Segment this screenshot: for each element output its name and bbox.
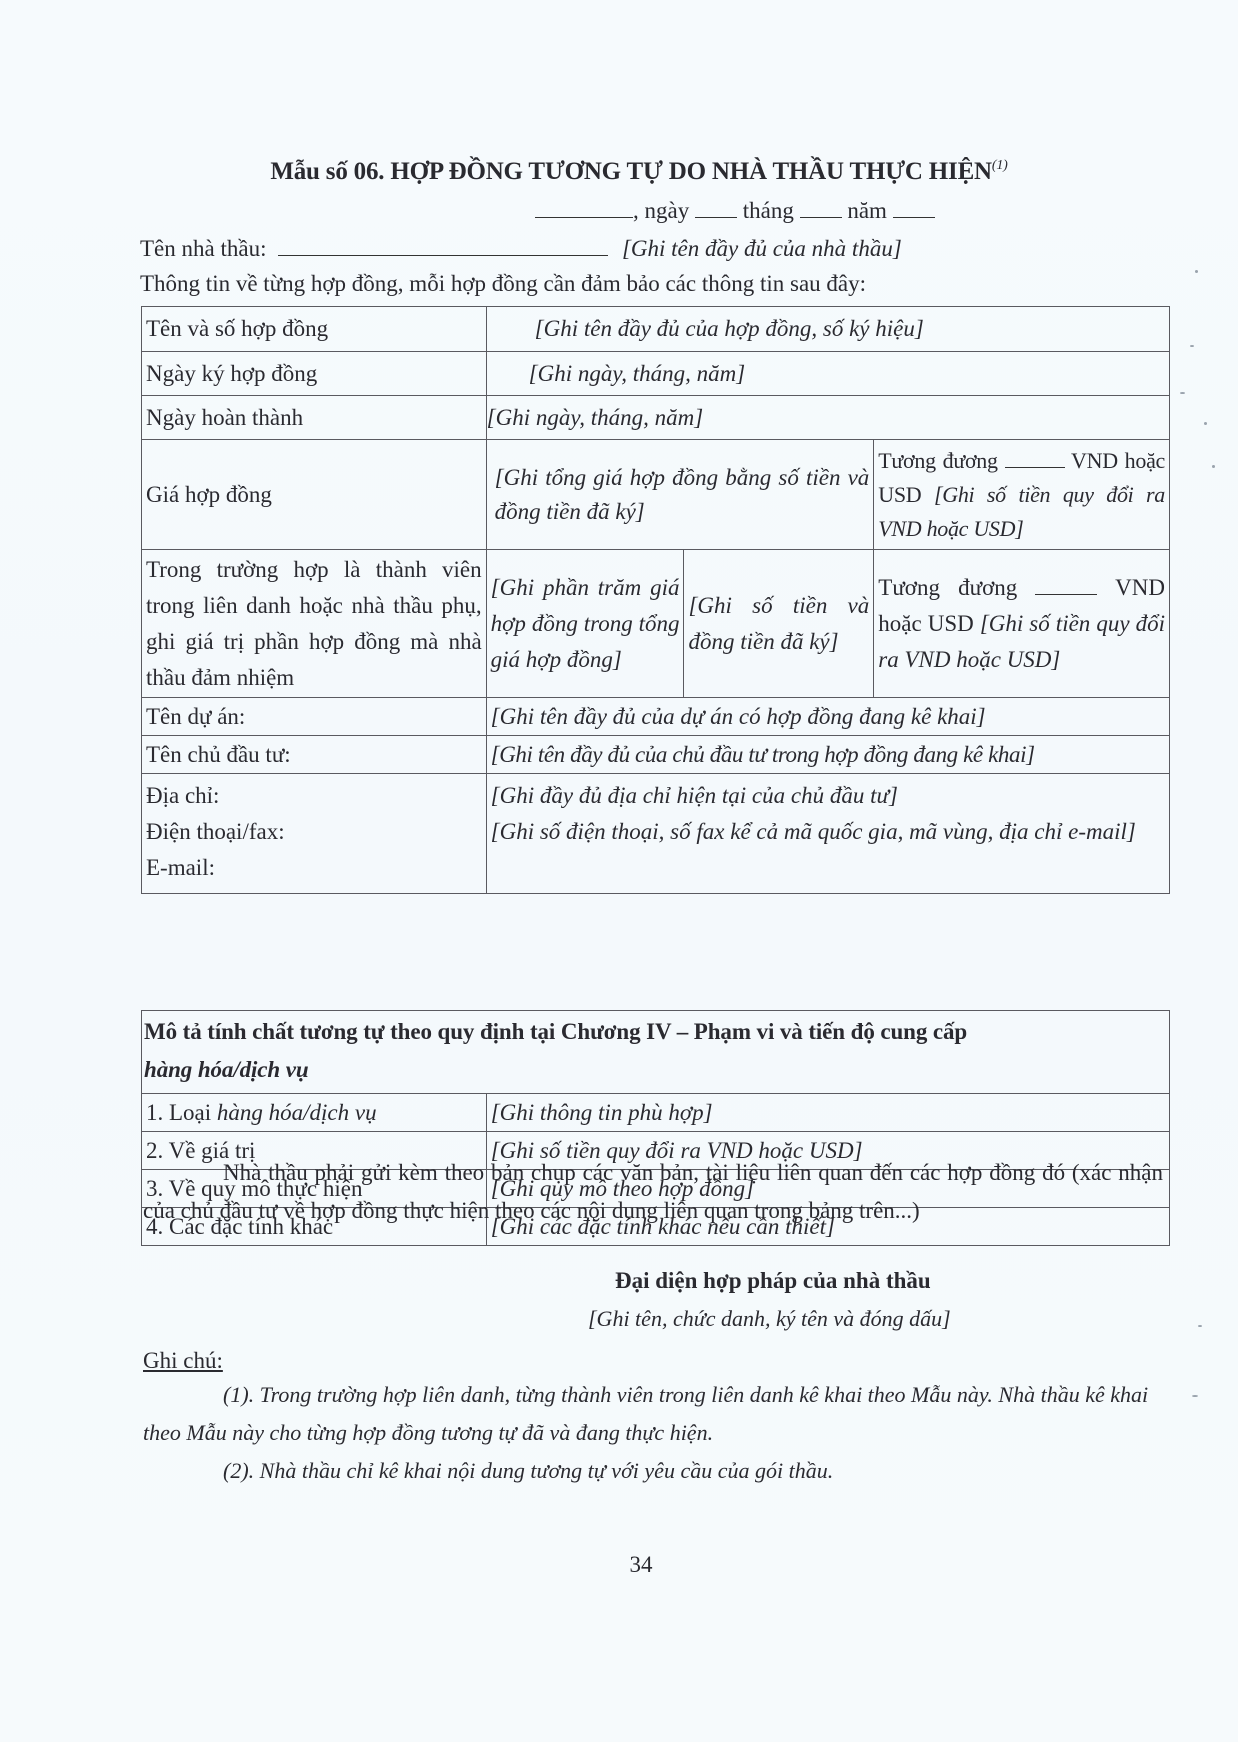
equiv-hint: [Ghi số tiền quy đổi ra VND hoặc USD] (878, 482, 1165, 541)
table-row: Tên và số hợp đồng [Ghi tên đầy đủ của h… (142, 307, 1170, 352)
contract-info-table: Tên và số hợp đồng [Ghi tên đầy đủ của h… (141, 306, 1170, 894)
address-hint-text: [Ghi đầy đủ địa chỉ hiện tại của chủ đầu… (491, 783, 898, 808)
row-value: [Ghi tên đầy đủ của dự án có hợp đồng đa… (486, 698, 1169, 736)
intro-text: Thông tin về từng hợp đồng, mỗi hợp đồng… (140, 271, 866, 297)
contact-labels: Địa chỉ: Điện thoại/fax: E-mail: (142, 774, 487, 894)
row-value-text: [Ghi tên đầy đủ của hợp đồng, số ký hiệu… (535, 316, 924, 341)
scan-speck (1204, 422, 1207, 425)
row-value-text: [Ghi tên đầy đủ của dự án có hợp đồng đa… (491, 704, 986, 729)
month-label: tháng (743, 198, 794, 223)
contract-price-equivalent: Tương đương VND hoặc USD [Ghi số tiền qu… (874, 440, 1170, 550)
row-label: Tên và số hợp đồng (142, 307, 487, 352)
table-row-contract-price: Giá hợp đồng [Ghi tổng giá hợp đồng bằng… (142, 440, 1170, 550)
row-label-italic: hàng hóa/dịch vụ (217, 1100, 377, 1125)
contractor-name-blank (278, 237, 608, 256)
phone-email-hint: [Ghi số điện thoại, số fax kể cả mã quốc… (491, 814, 1165, 850)
share-amount-hint: [Ghi số tiền và đồng tiền đã ký] (688, 593, 869, 654)
address-label: Địa chỉ: (146, 778, 482, 814)
phone-email-hint-text: [Ghi số điện thoại, số fax kể cả mã quốc… (491, 819, 1136, 844)
share-percent-hint: [Ghi phần trăm giá hợp đồng trong tổng g… (491, 575, 680, 672)
note-item-1: (1). Trong trường hợp liên danh, từng th… (143, 1376, 1163, 1452)
email-label: E-mail: (146, 850, 482, 886)
row-value: [Ghi thông tin phù hợp] (486, 1094, 1169, 1132)
share-percent: [Ghi phần trăm giá hợp đồng trong tổng g… (486, 550, 684, 698)
row-label: Tên chủ đầu tư: (142, 736, 487, 774)
contract-price-hint: [Ghi tổng giá hợp đồng bằng số tiền và đ… (495, 465, 870, 524)
scan-speck (1192, 1395, 1198, 1397)
row-value-text: [Ghi ngày, tháng, năm] (487, 405, 704, 430)
phone-fax-label: Điện thoại/fax: (146, 814, 482, 850)
similarity-heading-row: Mô tả tính chất tương tự theo quy định t… (142, 1011, 1170, 1094)
equiv-blank (1035, 576, 1097, 595)
similarity-heading-text: Mô tả tính chất tương tự theo quy định t… (144, 1019, 967, 1044)
contractor-label: Tên nhà thầu: (140, 236, 266, 261)
row-value: [Ghi ngày, tháng, năm] (486, 352, 1169, 396)
place-blank (535, 199, 633, 218)
title-footnote-marker: (1) (992, 158, 1008, 173)
year-blank (893, 199, 935, 218)
month-blank (800, 199, 842, 218)
row-value: [Ghi tên đầy đủ của chủ đầu tư trong hợp… (486, 736, 1169, 774)
note-item-2: (2). Nhà thầu chỉ kê khai nội dung tương… (143, 1452, 1163, 1490)
similarity-heading-italic: hàng hóa/dịch vụ (144, 1057, 309, 1082)
row-label: Giá hợp đồng (142, 440, 487, 550)
row-label: Ngày ký hợp đồng (142, 352, 487, 396)
form-title-text: Mẫu số 06. HỢP ĐỒNG TƯƠNG TỰ DO NHÀ THẦU… (270, 158, 992, 185)
scan-speck (1190, 345, 1194, 347)
contractor-hint: [Ghi tên đầy đủ của nhà thầu] (622, 236, 902, 261)
year-label: năm (847, 198, 887, 223)
row-value: [Ghi ngày, tháng, năm] (486, 396, 1169, 440)
equiv-blank (1005, 449, 1065, 468)
contact-values: [Ghi đầy đủ địa chỉ hiện tại của chủ đầu… (486, 774, 1169, 894)
table-row-owner-contact: Địa chỉ: Điện thoại/fax: E-mail: [Ghi đầ… (142, 774, 1170, 894)
row-value-text: [Ghi thông tin phù hợp] (491, 1100, 713, 1125)
document-page: Mẫu số 06. HỢP ĐỒNG TƯƠNG TỰ DO NHÀ THẦU… (0, 0, 1238, 1742)
equiv-prefix: Tương đương (878, 575, 1017, 600)
row-label: Trong trường hợp là thành viên trong liê… (142, 550, 487, 698)
equiv-prefix: Tương đương (878, 448, 997, 473)
table-row: Ngày hoàn thành [Ghi ngày, tháng, năm] (142, 396, 1170, 440)
address-hint: [Ghi đầy đủ địa chỉ hiện tại của chủ đầu… (491, 778, 1165, 814)
table-row: Tên dự án: [Ghi tên đầy đủ của dự án có … (142, 698, 1170, 736)
table-row: 1. Loại hàng hóa/dịch vụ [Ghi thông tin … (142, 1094, 1170, 1132)
share-equivalent: Tương đương VND hoặc USD [Ghi số tiền qu… (874, 550, 1170, 698)
table-row: Tên chủ đầu tư: [Ghi tên đầy đủ của chủ … (142, 736, 1170, 774)
scan-speck (1198, 1325, 1202, 1327)
row-value: [Ghi tên đầy đủ của hợp đồng, số ký hiệu… (486, 307, 1169, 352)
day-label: , ngày (633, 198, 689, 223)
row-label: Ngày hoàn thành (142, 396, 487, 440)
row-label-text: 1. Loại (146, 1100, 217, 1125)
scan-speck (1195, 270, 1198, 273)
row-label: 1. Loại hàng hóa/dịch vụ (142, 1094, 487, 1132)
row-value-text: [Ghi ngày, tháng, năm] (529, 361, 746, 386)
contract-price-value: [Ghi tổng giá hợp đồng bằng số tiền và đ… (486, 440, 874, 550)
scan-speck (1212, 465, 1215, 468)
signature-hint: [Ghi tên, chức danh, ký tên và đóng dấu] (588, 1306, 951, 1332)
scan-speck (1180, 392, 1185, 394)
table-row: Ngày ký hợp đồng [Ghi ngày, tháng, năm] (142, 352, 1170, 396)
day-blank (695, 199, 737, 218)
contractor-name-line: Tên nhà thầu: [Ghi tên đầy đủ của nhà th… (140, 236, 902, 262)
similarity-heading: Mô tả tính chất tương tự theo quy định t… (142, 1011, 1170, 1094)
row-value-text: [Ghi tên đầy đủ của chủ đầu tư trong hợp… (491, 742, 1035, 767)
share-amount: [Ghi số tiền và đồng tiền đã ký] (684, 550, 874, 698)
notes-label: Ghi chú: (143, 1348, 223, 1374)
table-row-contract-share: Trong trường hợp là thành viên trong liê… (142, 550, 1170, 698)
form-title: Mẫu số 06. HỢP ĐỒNG TƯƠNG TỰ DO NHÀ THẦU… (0, 158, 1238, 186)
row-label: Tên dự án: (142, 698, 487, 736)
page-number: 34 (0, 1552, 1238, 1578)
signature-title: Đại diện hợp pháp của nhà thầu (615, 1268, 931, 1294)
attachment-paragraph: Nhà thầu phải gửi kèm theo bản chụp các … (143, 1154, 1163, 1230)
dateline: , ngày tháng năm (535, 198, 935, 224)
